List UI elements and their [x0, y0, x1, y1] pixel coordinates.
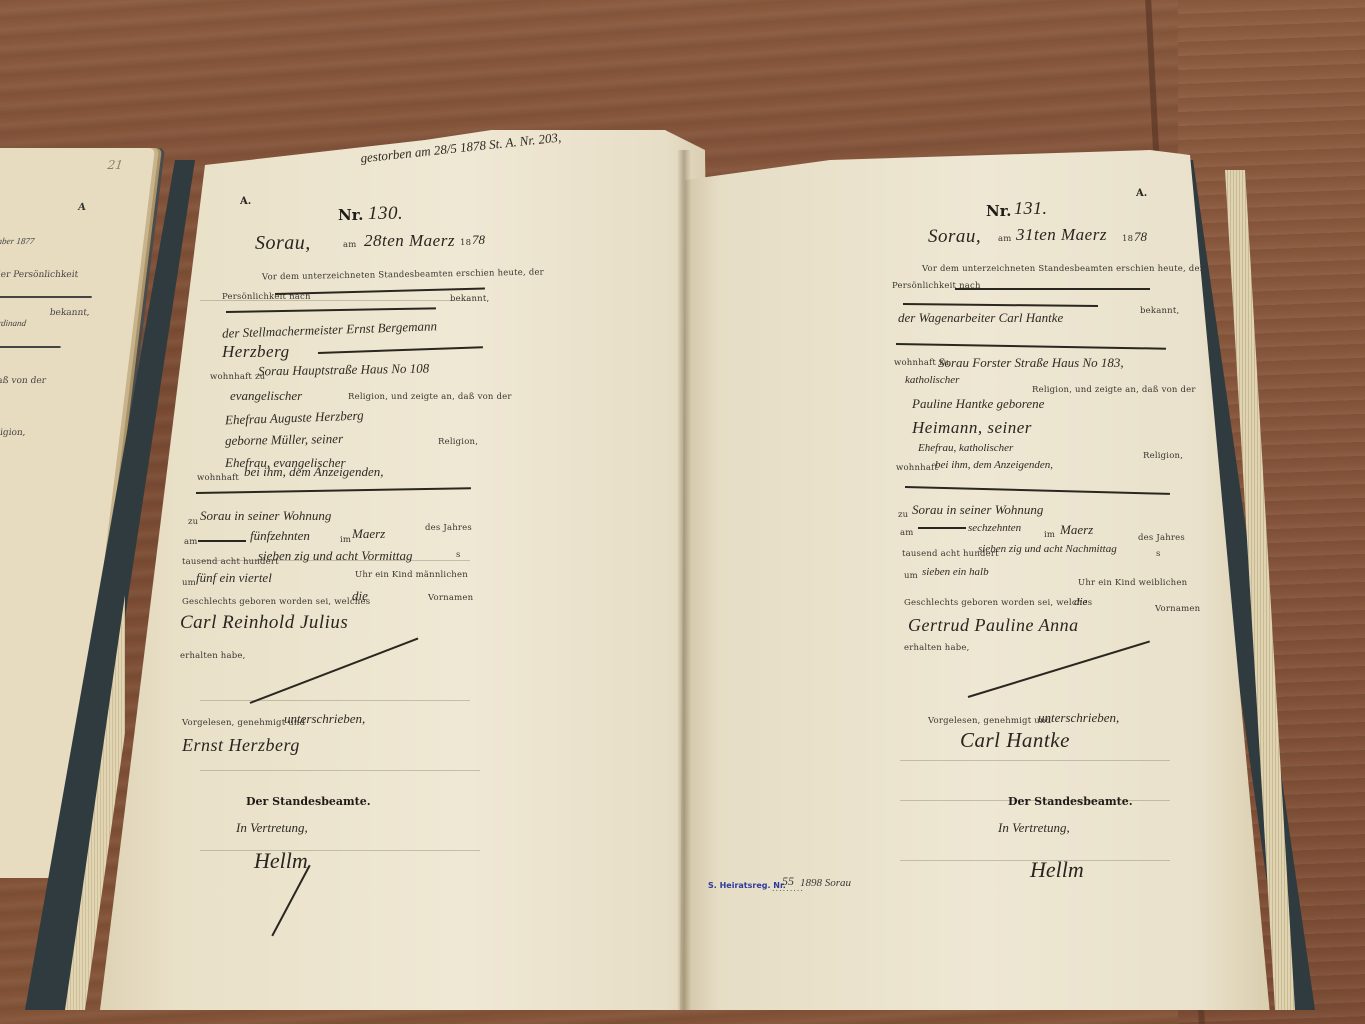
ruled-line	[900, 760, 1170, 761]
blank-rule	[198, 540, 246, 542]
printed-line: des Jahres	[425, 523, 472, 533]
printed-line: Religion,	[438, 437, 478, 447]
child-name: Carl Reinhold Julius	[180, 612, 348, 634]
handwritten-line: Herzberg	[222, 342, 290, 362]
printed-line: erhalten habe,	[180, 651, 246, 661]
entry-number-label: Nr.	[986, 202, 1011, 220]
section-mark: A.	[1136, 188, 1147, 199]
stamp-number: 55	[782, 874, 794, 889]
ruled-line	[200, 850, 480, 851]
handwritten-line: fünfzehnten	[250, 528, 310, 544]
date: 28ten Maerz	[364, 231, 455, 251]
handwritten-line: Pauline Hantke geborene	[912, 396, 1044, 412]
handwritten-line: Maerz	[352, 526, 385, 542]
official-title: Der Standesbeamte.	[246, 795, 371, 808]
left-book-line: Ferdinand	[0, 318, 27, 328]
handwritten-line: Sorau Hauptstraße Haus No 108	[258, 361, 429, 380]
ruled-line	[200, 770, 480, 771]
blank-rule	[955, 288, 1150, 290]
official-title: Der Standesbeamte.	[1008, 795, 1133, 808]
printed-line: Vornamen	[428, 593, 473, 603]
date: 31ten Maerz	[1016, 225, 1107, 245]
blank-rule	[918, 527, 966, 529]
stamp-suffix: 1898 Sorau	[800, 877, 851, 889]
printed-line: am	[900, 528, 914, 538]
handwritten-line: geborne Müller, seiner	[225, 431, 343, 449]
handwritten-line: sechzehnten	[968, 522, 1021, 534]
book-gutter	[677, 150, 691, 1010]
handwritten-line: Sorau in seiner Wohnung	[912, 502, 1043, 518]
printed-line: Geschlechts geboren worden sei, welches	[904, 598, 1092, 608]
printed-line: bekannt,	[1140, 306, 1179, 316]
printed-line: Vornamen	[1155, 604, 1200, 614]
printed-line: bekannt,	[450, 294, 489, 304]
handwritten-line: katholischer	[905, 374, 959, 386]
informant-signature: Ernst Herzberg	[182, 735, 300, 756]
handwritten-line: evangelischer	[230, 388, 302, 404]
date-prefix: am	[343, 240, 357, 250]
handwritten-line: bei ihm, dem Anzeigenden,	[935, 459, 1053, 471]
handwritten-line: sieben ein halb	[922, 566, 989, 578]
closing-hand: unterschrieben,	[1038, 710, 1119, 726]
printed-line: am	[184, 537, 198, 547]
year-prefix: 18	[1122, 234, 1133, 244]
printed-line: Persönlichkeit nach	[892, 281, 981, 291]
printed-line: um	[182, 578, 196, 588]
printed-line: s	[1156, 549, 1161, 559]
entry-number: 130.	[368, 203, 403, 225]
handwritten-line: der Wagenarbeiter Carl Hantke	[898, 310, 1063, 326]
printed-line: Religion, und zeigte an, daß von der	[348, 392, 512, 402]
year-suffix: 78	[472, 232, 485, 248]
handwritten-line: Sorau in seiner Wohnung	[200, 508, 331, 524]
handwritten-line: sieben zig und acht Nachmittag	[978, 543, 1117, 555]
printed-line: s	[456, 550, 461, 560]
printed-line: Geschlechts geboren worden sei, welches	[182, 597, 370, 607]
printed-line: erhalten habe,	[904, 643, 970, 653]
closing-hand: unterschrieben,	[284, 711, 365, 727]
printed-line: im	[1044, 530, 1055, 540]
handwritten-line: Heimann, seiner	[912, 418, 1032, 438]
printed-line: Uhr ein Kind männlichen	[355, 570, 468, 580]
handwritten-line: Ehefrau, katholischer	[918, 442, 1013, 454]
place: Sorau,	[255, 232, 311, 255]
printed-line: zu	[188, 517, 198, 527]
ruled-line	[200, 700, 470, 701]
section-mark: A.	[240, 196, 251, 207]
printed-line: Vor dem unterzeichneten Standesbeamten e…	[922, 264, 1204, 274]
closing-print: Vorgelesen, genehmigt und	[928, 716, 1051, 726]
date-prefix: am	[998, 234, 1012, 244]
printed-line: um	[904, 571, 918, 581]
printed-line: wohnhaft	[197, 473, 239, 483]
child-name: Gertrud Pauline Anna	[908, 615, 1079, 636]
year-prefix: 18	[460, 238, 471, 248]
entry-number-label: Nr.	[338, 206, 363, 224]
place: Sorau,	[928, 226, 981, 248]
year-suffix: 78	[1134, 229, 1147, 245]
printed-line: wohnhaft	[896, 463, 938, 473]
printed-line: des Jahres	[1138, 533, 1185, 543]
printed-line: zu	[898, 510, 908, 520]
handwritten-line: sieben zig und acht Vormittag	[258, 548, 413, 564]
handwritten-line: bei ihm, dem Anzeigenden,	[244, 464, 383, 480]
printed-line: Religion, und zeigte an, daß von der	[1032, 385, 1196, 395]
official-signature: Hellm	[254, 848, 308, 874]
handwritten-line: Maerz	[1060, 522, 1093, 538]
left-book-line: Religion,	[0, 428, 26, 438]
handwritten-line: die	[1074, 596, 1087, 608]
printed-line: Uhr ein Kind weiblichen	[1078, 578, 1187, 588]
printed-line: im	[340, 535, 351, 545]
informant-signature: Carl Hantke	[960, 728, 1070, 753]
entry-number: 131.	[1014, 198, 1048, 219]
official-note: In Vertretung,	[236, 820, 308, 836]
handwritten-line: fünf ein viertel	[196, 570, 272, 586]
handwritten-line: die	[352, 588, 368, 604]
printed-line: wohnhaft zu	[210, 372, 265, 382]
official-note: In Vertretung,	[998, 820, 1070, 836]
handwritten-line: Sorau Forster Straße Haus No 183,	[938, 355, 1124, 371]
official-signature: Hellm	[1030, 857, 1084, 883]
printed-line: Religion,	[1143, 451, 1183, 461]
